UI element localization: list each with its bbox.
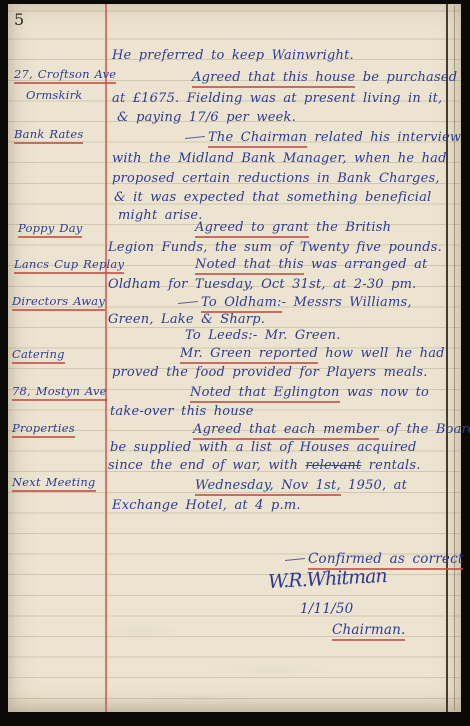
minute-line: take-over this house bbox=[110, 403, 254, 420]
minute-text: the British bbox=[309, 220, 391, 235]
margin-note-text: Lancs Cup Replay bbox=[14, 257, 124, 274]
pen-flourish bbox=[185, 135, 205, 139]
minute-text: rentals. bbox=[361, 458, 420, 473]
minute-line: & paying 17/6 per week. bbox=[117, 109, 296, 126]
minute-text: 1950, at bbox=[341, 478, 407, 493]
margin-note-ormskirk: Ormskirk bbox=[26, 87, 82, 104]
underlying-page-edge bbox=[454, 6, 455, 710]
chairman-title-text: Chairman. bbox=[332, 622, 405, 641]
minute-text: Oldham for Tuesday, Oct 31st, at 2-30 pm… bbox=[108, 277, 417, 292]
margin-note-croftson-ave: 27, Croftson Ave bbox=[14, 66, 116, 83]
margin-note-directors-away: Directors Away bbox=[12, 293, 105, 310]
date-text: 1/11/50 bbox=[300, 601, 353, 617]
minute-line: might arise. bbox=[118, 207, 203, 224]
page-number: 5 bbox=[14, 10, 24, 29]
page-edge-line bbox=[446, 4, 448, 712]
minute-text: related his interview bbox=[307, 130, 461, 145]
minute-line: To Oldham:- Messrs Williams, bbox=[178, 294, 412, 311]
minute-text: He preferred to keep Wainwright. bbox=[112, 48, 354, 63]
minute-text-underlined: Agreed to grant bbox=[195, 220, 309, 238]
minute-text: Green, Lake & Sharp. bbox=[108, 312, 265, 327]
margin-note-text: Next Meeting bbox=[12, 475, 96, 492]
minute-text: was arranged at bbox=[304, 257, 428, 272]
minute-line: Noted that Eglington was now to bbox=[190, 384, 429, 401]
minute-text: take-over this house bbox=[110, 404, 254, 419]
minute-line: Agreed to grant the British bbox=[195, 219, 391, 236]
margin-note-mostyn-ave: 78, Mostyn Ave bbox=[12, 383, 107, 400]
margin-note-bank-rates: Bank Rates bbox=[14, 126, 83, 143]
minute-text: be purchased bbox=[355, 70, 457, 85]
minute-line: Agreed that each member of the Board. bbox=[193, 421, 470, 438]
margin-note-text: Ormskirk bbox=[26, 88, 82, 102]
minute-line: Exchange Hotel, at 4 p.m. bbox=[112, 497, 301, 514]
minute-line: Noted that this was arranged at bbox=[195, 256, 427, 273]
margin-note-text: Bank Rates bbox=[14, 127, 83, 144]
minute-line: Green, Lake & Sharp. bbox=[108, 311, 265, 328]
minute-line: Agreed that this house be purchased bbox=[192, 69, 457, 86]
minute-line: He preferred to keep Wainwright. bbox=[112, 47, 354, 64]
minute-text: Legion Funds, the sum of Twenty five pou… bbox=[108, 240, 442, 255]
minute-line: The Chairman related his interview bbox=[185, 129, 461, 146]
minute-text: & paying 17/6 per week. bbox=[117, 110, 296, 125]
minute-line: be supplied with a list of Houses acquir… bbox=[110, 439, 417, 456]
minute-text: - Messrs Williams, bbox=[282, 295, 412, 310]
minute-line: since the end of war, with relevant rent… bbox=[108, 457, 421, 474]
chairman-title: Chairman. bbox=[332, 622, 405, 639]
margin-note-text: 78, Mostyn Ave bbox=[12, 384, 107, 401]
minute-line: Wednesday, Nov 1st, 1950, at bbox=[195, 477, 407, 494]
margin-note-poppy-day: Poppy Day bbox=[18, 220, 82, 237]
margin-note-catering: Catering bbox=[12, 346, 65, 363]
margin-note-text: Poppy Day bbox=[18, 221, 82, 238]
minute-text: proposed certain reductions in Bank Char… bbox=[112, 171, 440, 186]
confirmation-date: 1/11/50 bbox=[300, 601, 353, 618]
minute-text-underlined: Wednesday, Nov 1st, bbox=[195, 478, 341, 496]
minute-line: with the Midland Bank Manager, when he h… bbox=[112, 150, 447, 167]
minute-text: Exchange Hotel, at 4 p.m. bbox=[112, 498, 301, 513]
minute-text: with the Midland Bank Manager, when he h… bbox=[112, 151, 447, 166]
minute-text-underlined: The Chairman bbox=[208, 130, 307, 148]
minute-line: To Leeds:- Mr. Green. bbox=[185, 327, 341, 344]
minute-text-underlined: Agreed that each member bbox=[193, 422, 379, 440]
minute-text-underlined: Agreed that this house bbox=[192, 70, 355, 88]
margin-note-next-meeting: Next Meeting bbox=[12, 474, 96, 491]
minute-text: might arise. bbox=[118, 208, 203, 223]
minute-text-underlined: Noted that this bbox=[195, 257, 304, 275]
margin-note-properties: Properties bbox=[12, 420, 75, 437]
minute-text: at £1675. Fielding was at present living… bbox=[112, 91, 442, 106]
minute-book-photo: 5 27, Croftson Ave Ormskirk Bank Rates P… bbox=[0, 0, 470, 726]
chairman-signature: W.R.Whitman bbox=[268, 568, 387, 591]
minute-text-underlined: Noted that Eglington bbox=[190, 385, 340, 403]
minute-line: proved the food provided for Players mea… bbox=[112, 364, 428, 381]
minute-text: of the Board. bbox=[379, 422, 470, 437]
margin-note-lancs-cup-replay: Lancs Cup Replay bbox=[14, 256, 124, 273]
margin-note-text: Properties bbox=[12, 421, 75, 438]
minute-line: Oldham for Tuesday, Oct 31st, at 2-30 pm… bbox=[108, 276, 417, 293]
minute-text: how well he had bbox=[318, 346, 445, 361]
minute-text: proved the food provided for Players mea… bbox=[112, 365, 428, 380]
margin-note-text: Directors Away bbox=[12, 294, 105, 311]
minute-text: since the end of war, with bbox=[108, 458, 305, 473]
minute-text: & it was expected that something benefic… bbox=[114, 190, 431, 205]
minute-line: & it was expected that something benefic… bbox=[114, 189, 431, 206]
minute-text: was now to bbox=[340, 385, 430, 400]
margin-note-text: Catering bbox=[12, 347, 65, 364]
pen-flourish bbox=[285, 557, 305, 561]
minute-line: proposed certain reductions in Bank Char… bbox=[112, 170, 440, 187]
minute-text: To Leeds:- Mr. Green. bbox=[185, 328, 341, 343]
minute-text-struck: relevant bbox=[305, 458, 361, 473]
minute-line: at £1675. Fielding was at present living… bbox=[112, 90, 442, 107]
red-margin-line bbox=[105, 4, 107, 712]
minute-text: be supplied with a list of Houses acquir… bbox=[110, 440, 417, 455]
minute-line: Legion Funds, the sum of Twenty five pou… bbox=[108, 239, 442, 256]
minute-text-underlined: Mr. Green reported bbox=[180, 346, 318, 364]
pen-flourish bbox=[178, 300, 198, 304]
minute-line: Mr. Green reported how well he had bbox=[180, 345, 445, 362]
margin-note-text: 27, Croftson Ave bbox=[14, 67, 116, 84]
